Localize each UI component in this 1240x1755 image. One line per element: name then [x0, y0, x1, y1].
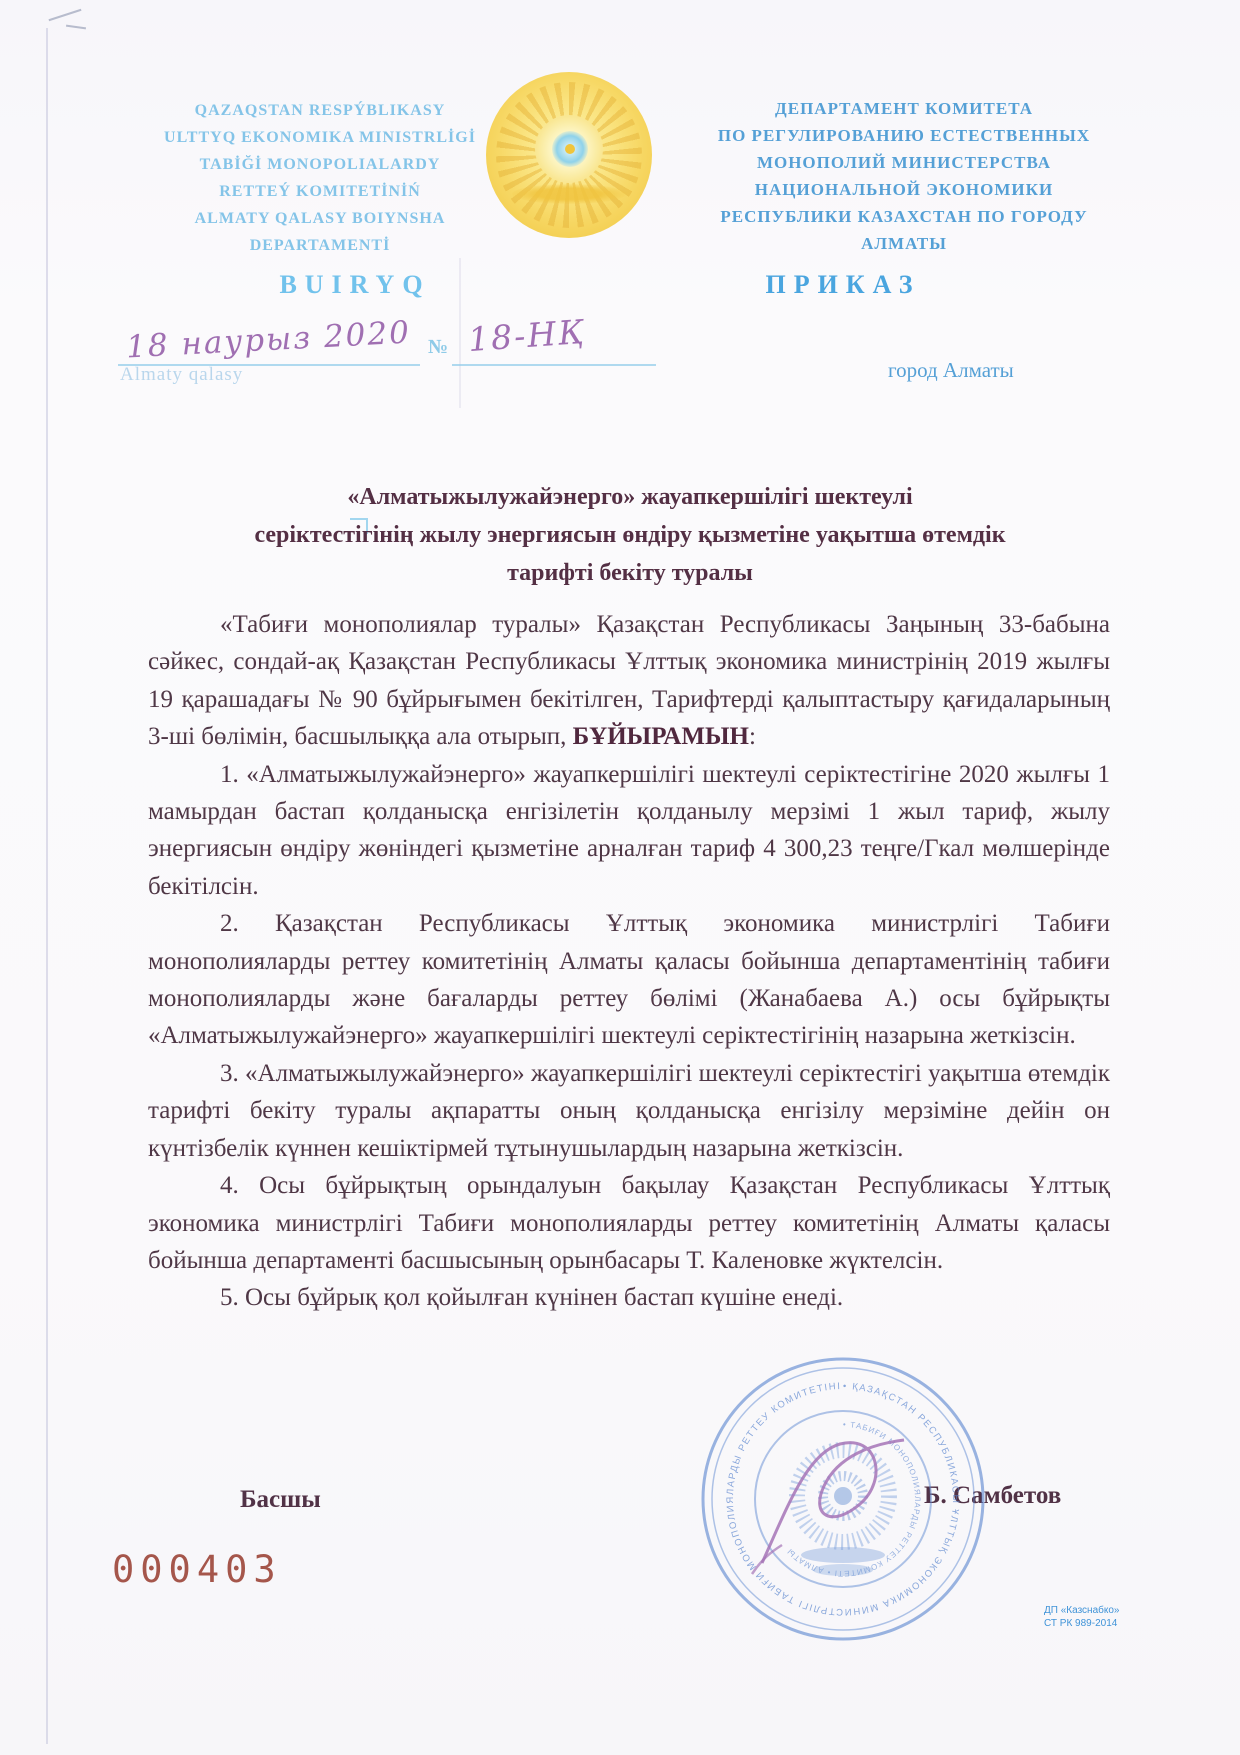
intro-colon: :	[749, 723, 756, 750]
letterhead-right-line: АЛМАТЫ	[692, 230, 1116, 257]
emblem-wings	[512, 184, 626, 204]
pen-scribble-mark	[66, 25, 86, 30]
letterhead-left-line: ULTTYQ EKONOMIKA MINISTRLİGİ	[138, 124, 502, 151]
letterhead-right-line: РЕСПУБЛИКИ КАЗАХСТАН ПО ГОРОДУ	[692, 203, 1116, 230]
printer-mark: ДП «Казснабко» СТ РК 989-2014	[1044, 1604, 1119, 1630]
intro-paragraph: «Табиғи монополиялар туралы» Қазақстан Р…	[148, 606, 1110, 756]
title-line: серіктестігінің жылу энергиясын өндіру қ…	[150, 516, 1110, 554]
letterhead-left-line: QAZAQSTAN RESPÝBLIKASY	[138, 97, 502, 124]
order-item-paragraph: 3. «Алматыжылужайэнерго» жауапкершілігі …	[148, 1055, 1110, 1167]
printer-mark-line: СТ РК 989-2014	[1044, 1617, 1119, 1630]
round-stamp-icon: • ҚАЗАҚСТАН РЕСПУБЛИКАСЫ ҰЛТТЫҚ ЭКОНОМИК…	[692, 1348, 994, 1650]
signature-title: Басшы	[240, 1486, 321, 1514]
number-sign: №	[428, 336, 448, 359]
letterhead-left-line: TABİĞİ MONOPOLIALARDY	[138, 151, 502, 178]
order-word-cyrillic: ПРИКАЗ	[738, 270, 948, 300]
pen-scribble-mark	[49, 9, 82, 21]
title-line: «Алматыжылужайэнерго» жауапкершілігі шек…	[150, 478, 1110, 516]
order-item-paragraph: 2. Қазақстан Республикасы Ұлттық экономи…	[148, 905, 1110, 1055]
order-word-latin: BUIRYQ	[250, 270, 460, 300]
order-item-paragraph: 4. Осы бұйрықтың орындалуын бақылау Қаза…	[148, 1167, 1110, 1279]
kazakhstan-coat-of-arms-icon	[486, 72, 652, 238]
title-line: тарифті бекіту туралы	[150, 554, 1110, 592]
place-label-cyrillic: город Алматы	[888, 358, 1014, 383]
form-serial-number: 000403	[112, 1548, 282, 1591]
letterhead-right-line: МОНОПОЛИЙ МИНИСТЕРСТВА	[692, 149, 1116, 176]
emblem-center-dot	[565, 144, 575, 154]
place-label-latin: Almaty qalasy	[120, 364, 243, 386]
letterhead-left-line: DEPARTAMENTİ	[138, 232, 502, 259]
handwritten-order-number: 18-НҚ	[467, 312, 587, 359]
letterhead-right-line: ДЕПАРТАМЕНТ КОМИТЕТА	[692, 95, 1116, 122]
letterhead-left-block: QAZAQSTAN RESPÝBLIKASY ULTTYQ EKONOMIKA …	[138, 97, 502, 259]
document-body: «Табиғи монополиялар туралы» Қазақстан Р…	[148, 606, 1110, 1317]
document-title: «Алматыжылужайэнерго» жауапкершілігі шек…	[150, 478, 1110, 592]
scanned-order-document: QAZAQSTAN RESPÝBLIKASY ULTTYQ EKONOMIKA …	[0, 0, 1240, 1755]
order-item-paragraph: 1. «Алматыжылужайэнерго» жауапкершілігі …	[148, 756, 1110, 906]
intro-keyword-bold: БҰЙЫРАМЫН	[573, 723, 749, 750]
letterhead-left-line: RETTEÝ KOMITETİNİŃ	[138, 178, 502, 205]
letterhead-right-line: НАЦИОНАЛЬНОЙ ЭКОНОМИКИ	[692, 176, 1116, 203]
printer-mark-line: ДП «Казснабко»	[1044, 1604, 1119, 1617]
handwritten-date: 18 наурыз 2020	[125, 315, 411, 366]
scan-fold-line-left	[46, 28, 48, 1744]
letterhead-right-block: ДЕПАРТАМЕНТ КОМИТЕТА ПО РЕГУЛИРОВАНИЮ ЕС…	[692, 95, 1116, 257]
order-item-paragraph: 5. Осы бұйрық қол қойылған күнінен баста…	[148, 1279, 1110, 1316]
number-underline	[452, 364, 656, 366]
letterhead-left-line: ALMATY QALASY BOIYNSHA	[138, 205, 502, 232]
letterhead-right-line: ПО РЕГУЛИРОВАНИЮ ЕСТЕСТВЕННЫХ	[692, 122, 1116, 149]
